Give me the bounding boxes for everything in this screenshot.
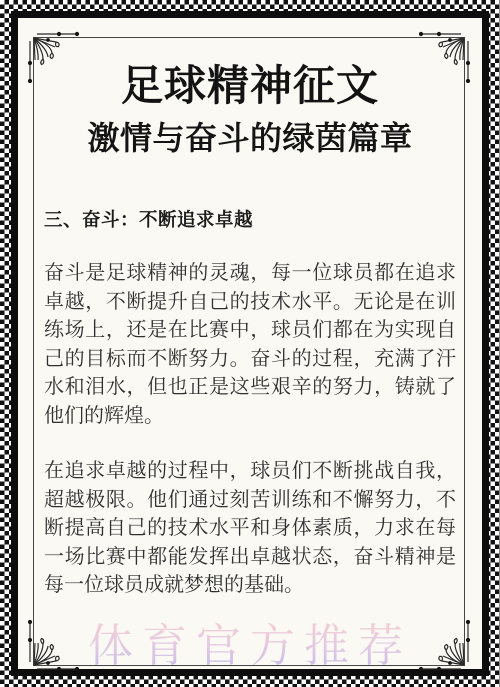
corner-flourish-ornament-top-right [413, 27, 475, 89]
essay-poster-page: 足球精神征文 激情与奋斗的绿茵篇章 三、奋斗：不断追求卓越 奋斗是足球精神的灵魂… [0, 0, 500, 687]
corner-flourish-ornament-top-left [23, 27, 85, 89]
corner-flourish-ornament-bottom-left [23, 614, 85, 676]
essay-content: 足球精神征文 激情与奋斗的绿茵篇章 三、奋斗：不断追求卓越 奋斗是足球精神的灵魂… [18, 18, 482, 600]
corner-flourish-ornament-bottom-right [413, 614, 475, 676]
page-subtitle: 激情与奋斗的绿茵篇章 [44, 121, 456, 156]
page-title: 足球精神征文 [44, 62, 456, 109]
paragraph-1: 奋斗是足球精神的灵魂，每一位球员都在追求卓越，不断提升自己的技术水平。无论是在训… [44, 259, 456, 430]
paper-sheet: 足球精神征文 激情与奋斗的绿茵篇章 三、奋斗：不断追求卓越 奋斗是足球精神的灵魂… [18, 18, 482, 669]
section-heading: 三、奋斗：不断追求卓越 [44, 206, 456, 232]
paragraph-2: 在追求卓越的过程中，球员们不断挑战自我，超越极限。他们通过刻苦训练和不懈努力，不… [44, 457, 456, 600]
